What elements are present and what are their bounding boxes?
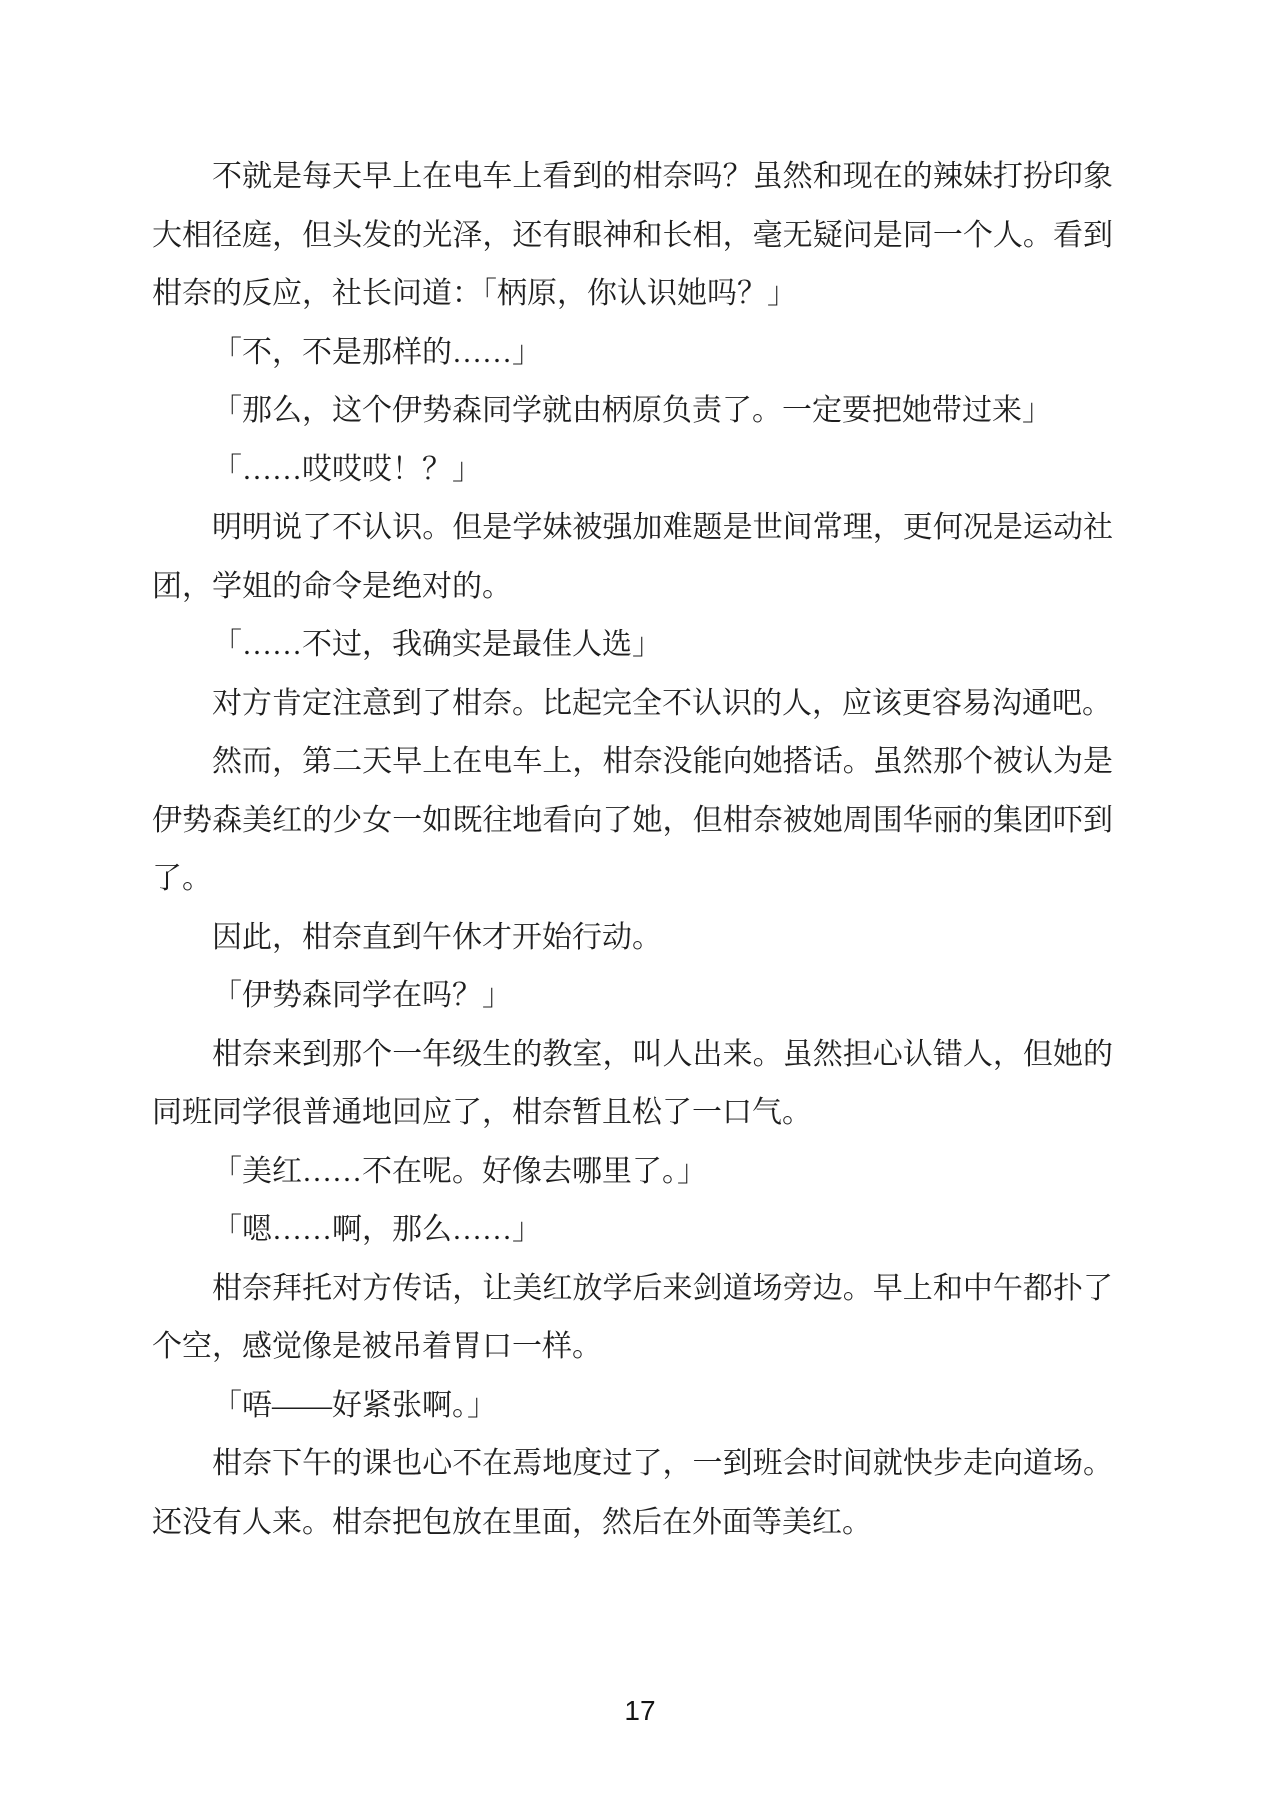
paragraph: 明明说了不认识。但是学妹被强加难题是世间常理，更何况是运动社团，学姐的命令是绝对…: [152, 499, 1113, 616]
paragraph: 「那么，这个伊势森同学就由柄原负责了。一定要把她带过来」: [152, 382, 1113, 441]
page-number: 17: [0, 1694, 1280, 1728]
book-page: 不就是每天早上在电车上看到的柑奈吗？虽然和现在的辣妹打扮印象大相径庭，但头发的光…: [0, 0, 1280, 1810]
paragraph: 对方肯定注意到了柑奈。比起完全不认识的人，应该更容易沟通吧。: [152, 675, 1113, 734]
paragraph: 「伊势森同学在吗？」: [152, 967, 1113, 1026]
paragraph: 柑奈来到那个一年级生的教室，叫人出来。虽然担心认错人，但她的同班同学很普通地回应…: [152, 1026, 1113, 1143]
paragraph: 「……不过，我确实是最佳人选」: [152, 616, 1113, 675]
paragraph: 柑奈下午的课也心不在焉地度过了，一到班会时间就快步走向道场。还没有人来。柑奈把包…: [152, 1435, 1113, 1552]
paragraph: 「唔——好紧张啊。」: [152, 1377, 1113, 1436]
paragraph: 「美红……不在呢。好像去哪里了。」: [152, 1143, 1113, 1202]
paragraph: 然而，第二天早上在电车上，柑奈没能向她搭话。虽然那个被认为是伊势森美红的少女一如…: [152, 733, 1113, 909]
paragraph: 「嗯……啊，那么……」: [152, 1201, 1113, 1260]
paragraph: 「……哎哎哎！？」: [152, 441, 1113, 500]
paragraph: 「不，不是那样的……」: [152, 324, 1113, 383]
paragraph: 不就是每天早上在电车上看到的柑奈吗？虽然和现在的辣妹打扮印象大相径庭，但头发的光…: [152, 148, 1113, 324]
body-text: 不就是每天早上在电车上看到的柑奈吗？虽然和现在的辣妹打扮印象大相径庭，但头发的光…: [152, 148, 1113, 1552]
paragraph: 因此，柑奈直到午休才开始行动。: [152, 909, 1113, 968]
paragraph: 柑奈拜托对方传话，让美红放学后来剑道场旁边。早上和中午都扑了个空，感觉像是被吊着…: [152, 1260, 1113, 1377]
